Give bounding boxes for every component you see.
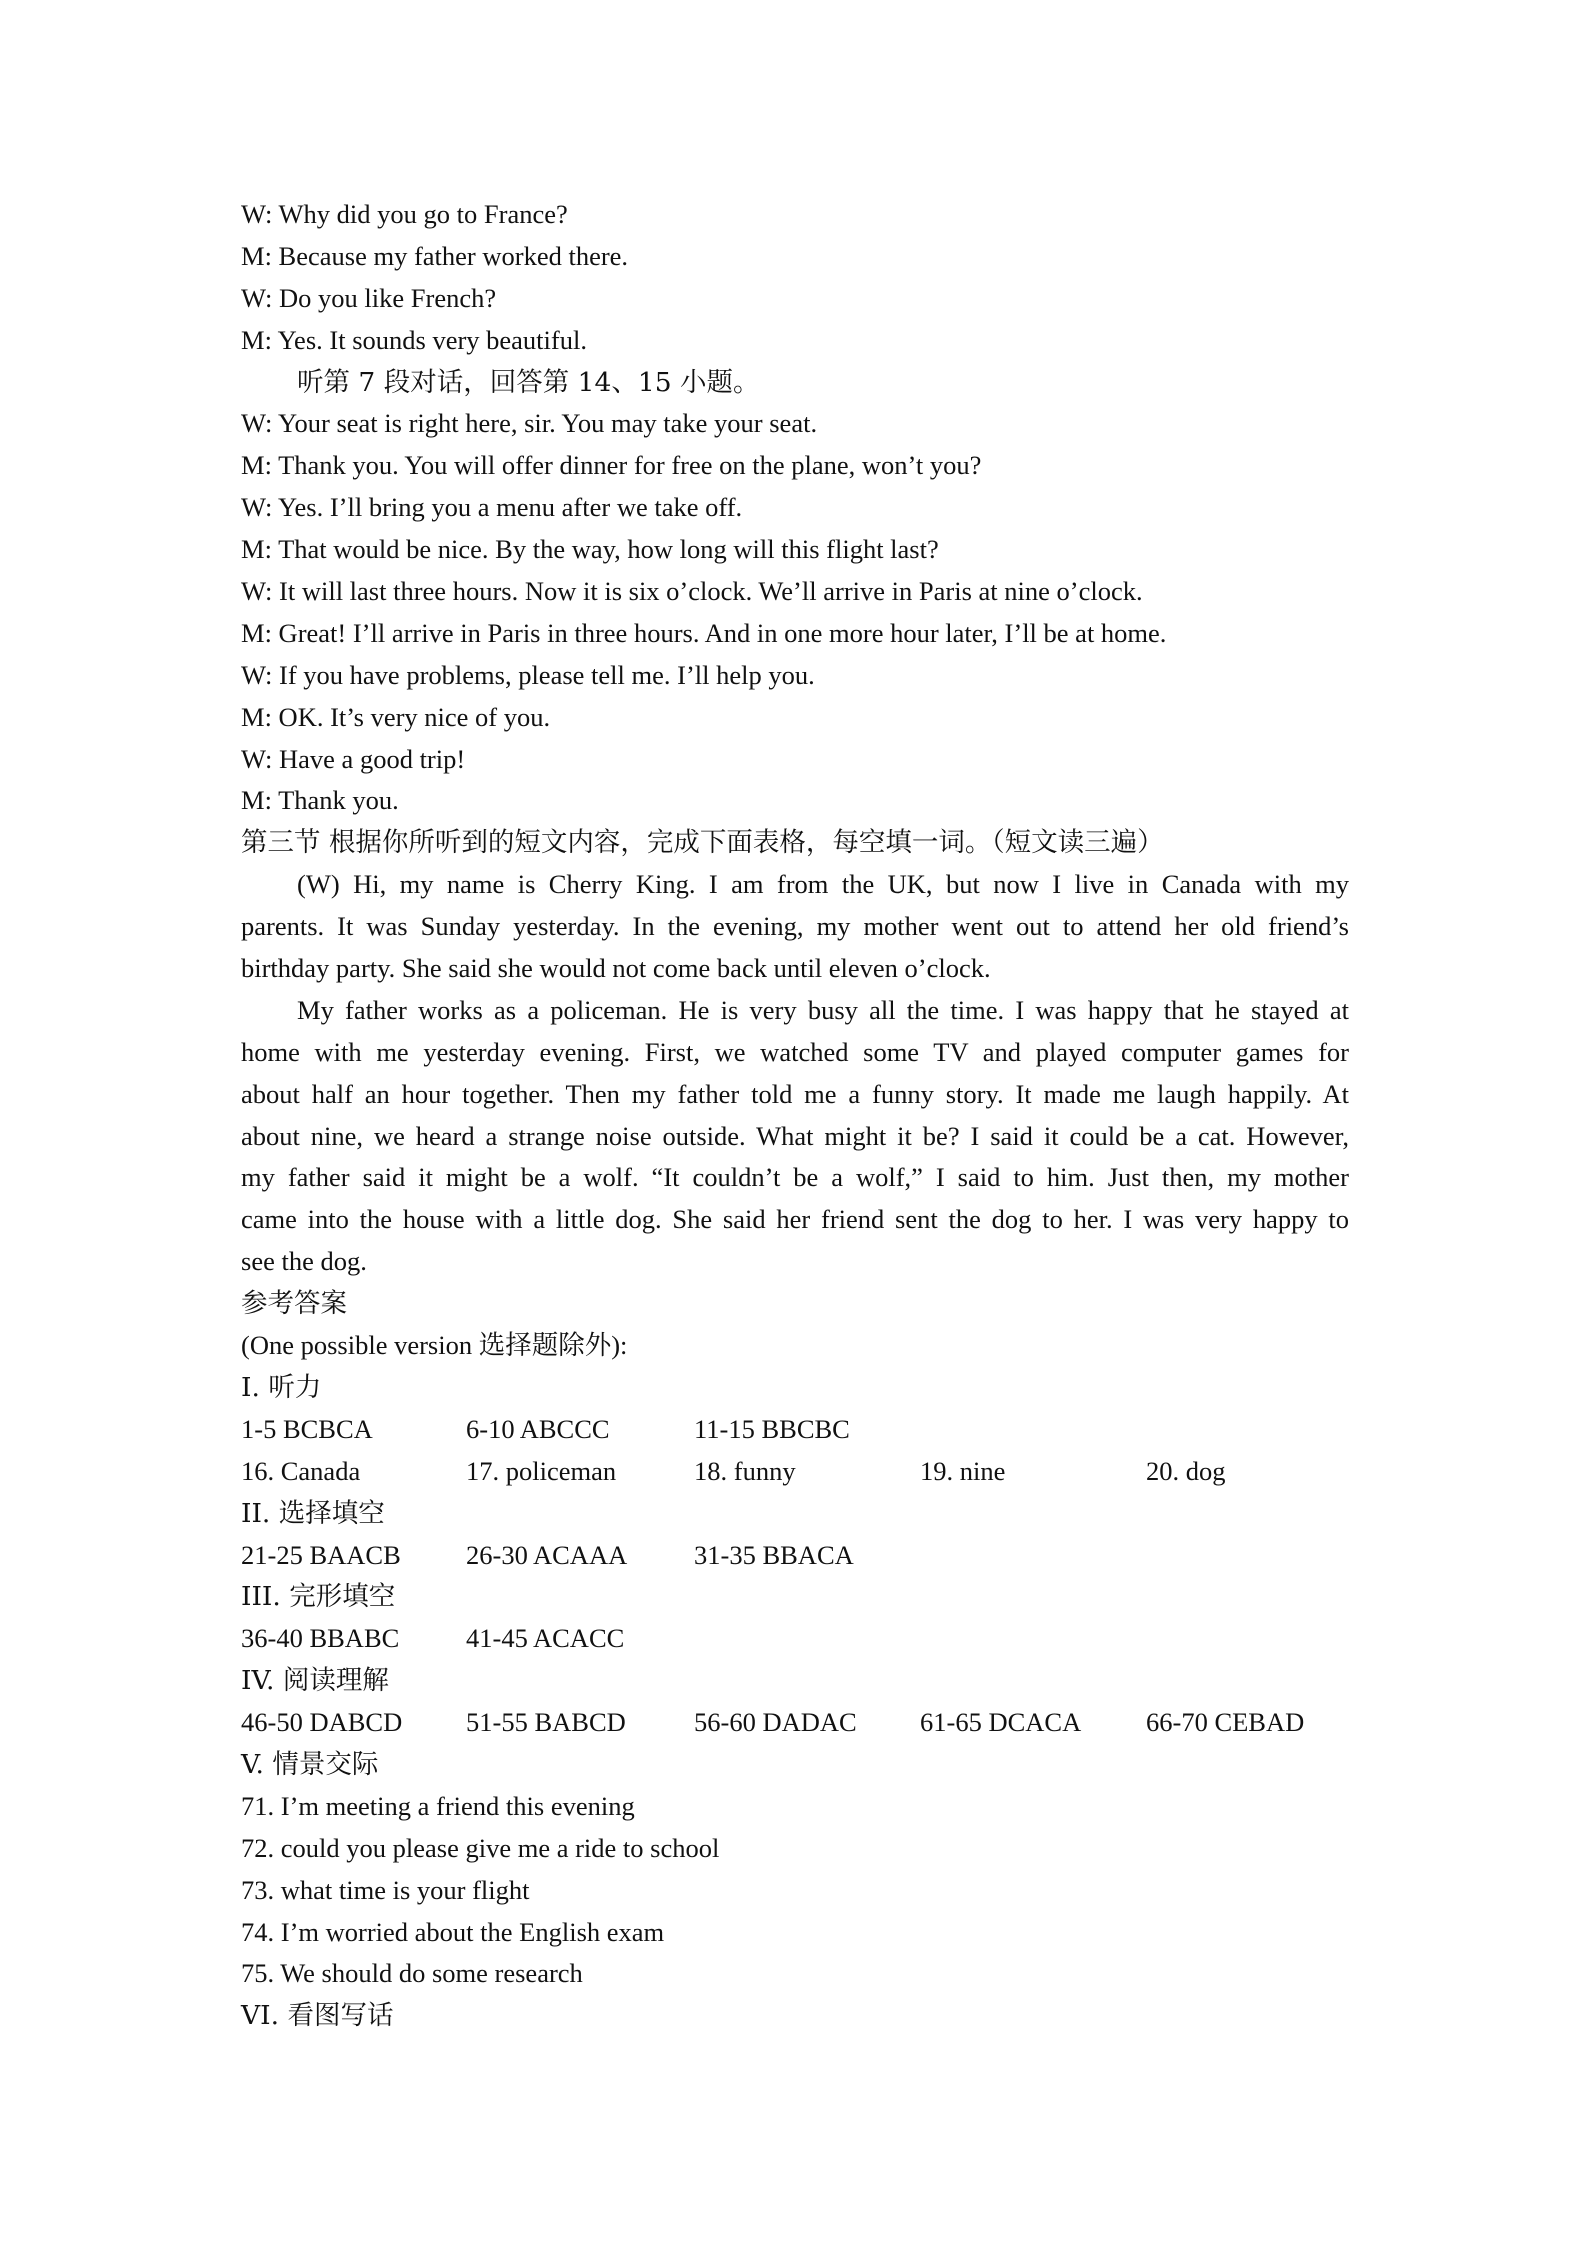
- answer-line: 75. We should do some research: [241, 1953, 1349, 1995]
- section-heading-cloze: III. 完形填空: [241, 1576, 1349, 1618]
- answer-item: 1-5 BCBCA: [241, 1409, 373, 1451]
- dialogue-line: W: Yes. I’ll bring you a menu after we t…: [241, 487, 1349, 529]
- section-heading-multiple-choice: II. 选择填空: [241, 1493, 1349, 1535]
- dialogue-6-excerpt: W: Why did you go to France? M: Because …: [241, 194, 1349, 362]
- answer-item: 17. policeman: [466, 1451, 616, 1493]
- passage-line: my father said it might be a wolf. “It c…: [241, 1157, 1349, 1199]
- answer-item: 51-55 BABCD: [466, 1702, 626, 1744]
- answer-item: 26-30 ACAAA: [466, 1535, 627, 1577]
- answer-key-title: 参考答案: [241, 1283, 1349, 1325]
- answer-item: 61-65 DCACA: [920, 1702, 1081, 1744]
- passage-line: see the dog.: [241, 1241, 1349, 1283]
- answer-line: 73. what time is your flight: [241, 1870, 1349, 1912]
- answer-item: 21-25 BAACB: [241, 1535, 401, 1577]
- dialogue-7-heading: 听第 7 段对话，回答第 14、15 小题。: [241, 362, 1349, 404]
- passage-line: came into the house with a little dog. S…: [241, 1199, 1349, 1241]
- answer-item: 41-45 ACACC: [466, 1618, 624, 1660]
- dialogue-line: W: Your seat is right here, sir. You may…: [241, 403, 1349, 445]
- answer-line: 71. I’m meeting a friend this evening: [241, 1786, 1349, 1828]
- answer-item: 31-35 BBACA: [694, 1535, 854, 1577]
- passage-line: about nine, we heard a strange noise out…: [241, 1116, 1349, 1158]
- answer-key: 参考答案 (One possible version 选择题除外): I. 听力…: [241, 1283, 1349, 2037]
- dialogue-line: M: Great! I’ll arrive in Paris in three …: [241, 613, 1349, 655]
- answer-item: 66-70 CEBAD: [1146, 1702, 1304, 1744]
- answer-item: 56-60 DADAC: [694, 1702, 857, 1744]
- answer-line: 72. could you please give me a ride to s…: [241, 1828, 1349, 1870]
- dialogue-line: M: That would be nice. By the way, how l…: [241, 529, 1349, 571]
- section-heading-listening: I. 听力: [241, 1367, 1349, 1409]
- passage-line: home with me yesterday evening. First, w…: [241, 1032, 1349, 1074]
- answer-line: 74. I’m worried about the English exam: [241, 1912, 1349, 1954]
- dialogue-line: M: Thank you.: [241, 780, 1349, 822]
- answer-item: 16. Canada: [241, 1451, 360, 1493]
- answer-item: 6-10 ABCCC: [466, 1409, 610, 1451]
- document-page: W: Why did you go to France? M: Because …: [241, 194, 1349, 2037]
- passage-line: birthday party. She said she would not c…: [241, 948, 1349, 990]
- passage-line: parents. It was Sunday yesterday. In the…: [241, 906, 1349, 948]
- section-heading-picture-writing: VI. 看图写话: [241, 1995, 1349, 2037]
- answer-row: 46-50 DABCD 51-55 BABCD 56-60 DADAC 61-6…: [241, 1702, 1349, 1744]
- dialogue-line: M: Yes. It sounds very beautiful.: [241, 320, 1349, 362]
- answer-row: 36-40 BBABC 41-45 ACACC: [241, 1618, 1349, 1660]
- answer-row: 1-5 BCBCA 6-10 ABCCC 11-15 BBCBC: [241, 1409, 1349, 1451]
- dialogue-line: W: Have a good trip!: [241, 739, 1349, 781]
- section-3-heading: 第三节 根据你所听到的短文内容，完成下面表格，每空填一词。（短文读三遍）: [241, 822, 1349, 864]
- section-heading-situational: V. 情景交际: [241, 1744, 1349, 1786]
- answer-item: 36-40 BBABC: [241, 1618, 399, 1660]
- passage-line: (W) Hi, my name is Cherry King. I am fro…: [241, 864, 1349, 906]
- section-heading-reading: IV. 阅读理解: [241, 1660, 1349, 1702]
- answer-key-note: (One possible version 选择题除外):: [241, 1325, 1349, 1367]
- answer-row: 21-25 BAACB 26-30 ACAAA 31-35 BBACA: [241, 1535, 1349, 1577]
- dialogue-line: W: Do you like French?: [241, 278, 1349, 320]
- answer-item: 19. nine: [920, 1451, 1005, 1493]
- passage-line: My father works as a policeman. He is ve…: [241, 990, 1349, 1032]
- dialogue-line: M: Because my father worked there.: [241, 236, 1349, 278]
- dialogue-line: M: OK. It’s very nice of you.: [241, 697, 1349, 739]
- dialogue-line: W: It will last three hours. Now it is s…: [241, 571, 1349, 613]
- dialogue-line: W: Why did you go to France?: [241, 194, 1349, 236]
- answer-item: 18. funny: [694, 1451, 796, 1493]
- answer-row: 16. Canada 17. policeman 18. funny 19. n…: [241, 1451, 1349, 1493]
- dialogue-line: M: Thank you. You will offer dinner for …: [241, 445, 1349, 487]
- passage-line: about half an hour together. Then my fat…: [241, 1074, 1349, 1116]
- answer-item: 20. dog: [1146, 1451, 1226, 1493]
- dialogue-line: W: If you have problems, please tell me.…: [241, 655, 1349, 697]
- answer-item: 46-50 DABCD: [241, 1702, 402, 1744]
- listening-passage: (W) Hi, my name is Cherry King. I am fro…: [241, 864, 1349, 1283]
- dialogue-7: W: Your seat is right here, sir. You may…: [241, 403, 1349, 822]
- answer-item: 11-15 BBCBC: [694, 1409, 850, 1451]
